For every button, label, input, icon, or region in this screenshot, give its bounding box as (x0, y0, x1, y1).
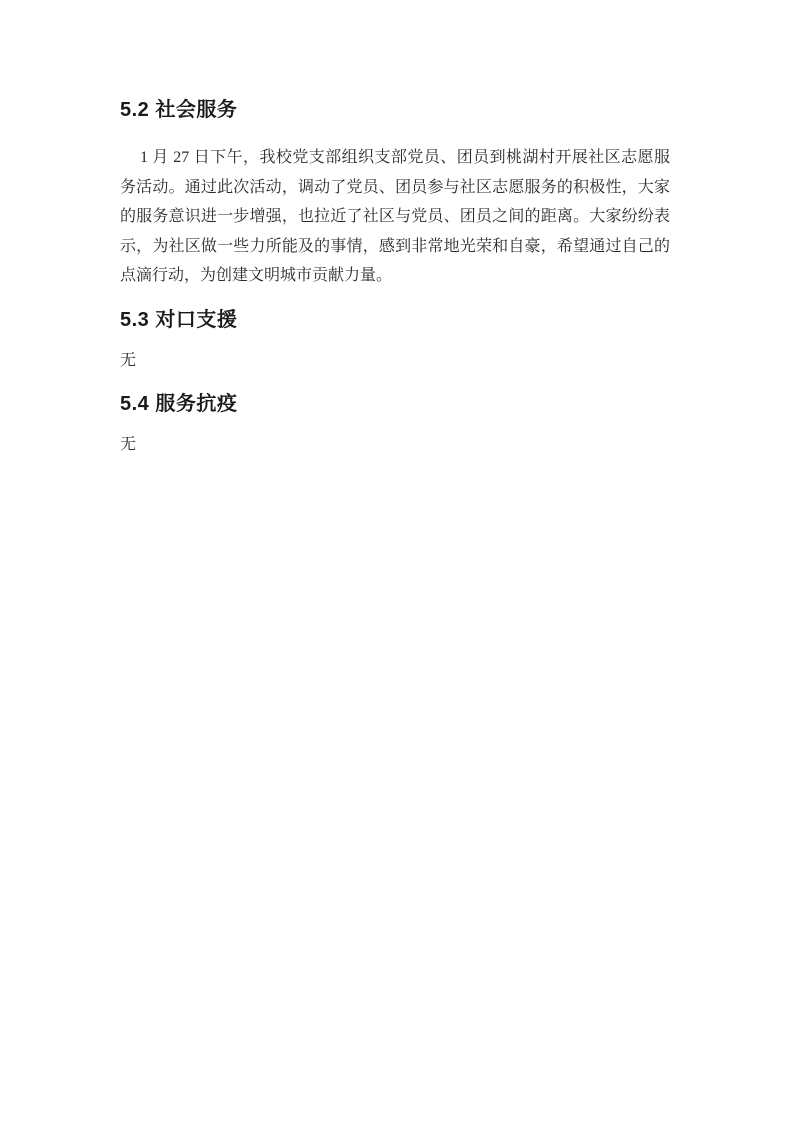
paragraph-social-service: 1 月 27 日下午，我校党支部组织支部党员、团员到桃湖村开展社区志愿服务活动。… (120, 143, 670, 291)
paragraph-anti-epidemic-service: 无 (120, 430, 670, 460)
paragraph-counterpart-support: 无 (120, 346, 670, 376)
heading-5-4: 5.4 服务抗疫 (120, 391, 670, 417)
section-anti-epidemic-service: 5.4 服务抗疫 无 (120, 391, 670, 460)
document-page: 5.2 社会服务 1 月 27 日下午，我校党支部组织支部党员、团员到桃湖村开展… (0, 0, 800, 1131)
section-counterpart-support: 5.3 对口支援 无 (120, 307, 670, 376)
section-social-service: 5.2 社会服务 1 月 27 日下午，我校党支部组织支部党员、团员到桃湖村开展… (120, 97, 670, 291)
heading-5-3: 5.3 对口支援 (120, 307, 670, 333)
heading-5-2: 5.2 社会服务 (120, 97, 670, 123)
document-body: 5.2 社会服务 1 月 27 日下午，我校党支部组织支部党员、团员到桃湖村开展… (0, 0, 800, 460)
